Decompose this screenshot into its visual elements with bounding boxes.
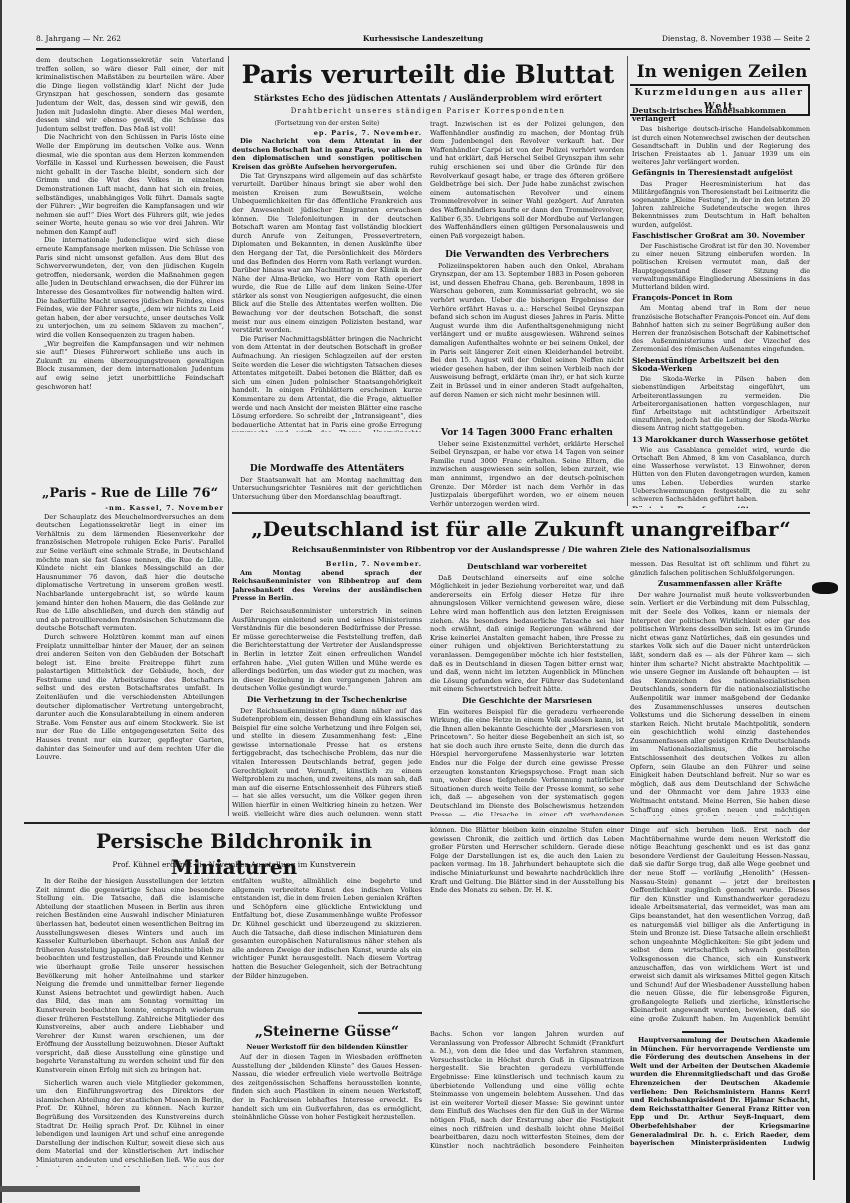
page-edge-right xyxy=(846,0,850,1203)
stone-column-1: Auf der in diesen Tagen in Wiesbaden erö… xyxy=(232,1053,422,1173)
paragraph: Auf der in diesen Tagen in Wiesbaden erö… xyxy=(232,1053,422,1122)
running-head: 8. Jahrgang — Nr. 262 Kurhessische Lande… xyxy=(36,34,810,48)
section-heading: Die Verwandten des Verbrechers xyxy=(430,251,624,260)
brief-heading: Gefängnis in Theresienstadt aufgelöst xyxy=(632,169,810,177)
paragraph: tragt. Inzwischen ist es der Polizei gel… xyxy=(430,120,624,240)
ribbentrop-headline: „Deutschland ist für alle Zukunft unangr… xyxy=(232,516,810,542)
briefs-column: Deutsch-irisches Handelsabkommen verläng… xyxy=(632,104,810,508)
paragraph: Hauptversammlung der Deutschen Akademie … xyxy=(630,1036,810,1148)
paragraph: entfalten wußte, allmählich eine begehrt… xyxy=(232,877,422,980)
paragraph: Die Pariser Nachmittagsblätter bringen d… xyxy=(232,335,422,432)
column-rule xyxy=(228,56,229,816)
ribbentrop-column-3: messen. Das Resultat ist oft schlimm und… xyxy=(630,560,810,816)
relatives-section: Die Verwandten des Verbrechers Polizeiin… xyxy=(430,248,624,418)
paragraph: Daß Deutschland einerseits auf eine solc… xyxy=(430,574,624,694)
persian-subhead: Prof. Kühnel eröffnet die November-Ausst… xyxy=(36,860,432,869)
section-heading: Die Verhetzung in der Tschechenkrise xyxy=(232,696,422,705)
ink-blot xyxy=(812,582,838,594)
paragraph: Dinge auf sich beruhen ließ. Erst nach d… xyxy=(630,826,810,1022)
persian-column-3: können. Die Blätter bleiben kein einzeln… xyxy=(430,826,624,1008)
lead-column-1: (Fortsetzung von der ersten Seite) ep. P… xyxy=(232,120,422,432)
paragraph: Der Reichsaußenminister ging dann näher … xyxy=(232,707,422,817)
column-rule xyxy=(813,880,815,1180)
section-heading: Deutschland war vorbereitet xyxy=(430,563,624,572)
section-heading: Vor 14 Tagen 3000 Franc erhalten xyxy=(430,429,624,438)
dateline: -nm. Kassel, 7. November xyxy=(36,504,224,513)
brief-text: Das bisherige deutsch-irische Handelsabk… xyxy=(632,125,810,166)
stone-column-3: Dinge auf sich beruhen ließ. Erst nach d… xyxy=(630,826,810,1022)
brief-text: Wie aus Casablanca gemeldet wird, wurde … xyxy=(632,446,810,503)
left-column-article: dem deutschen Legationssekretär sein Vat… xyxy=(36,56,224,512)
section-divider xyxy=(24,822,810,824)
paragraph: Der Reichsaußenminister unterstrich in s… xyxy=(232,607,422,693)
ribbentrop-column-1: Berlin, 7. November. Am Montag abend spr… xyxy=(232,560,422,816)
paragraph: „Wir begreifen die Kampfansagen und wir … xyxy=(36,340,224,392)
rue-de-lille-article: -nm. Kassel, 7. November Der Schauplatz … xyxy=(36,504,224,822)
lead-headline: Paris verurteilt die Bluttat xyxy=(232,60,624,90)
paragraph: Ueber seine Existenzmittel verhört, erkl… xyxy=(430,440,624,509)
paragraph: Polizeiinspektoren haben auch den Onkel,… xyxy=(430,262,624,400)
date-page: Dienstag, 8. November 1938 — Seite 2 xyxy=(662,34,810,43)
paragraph: dem deutschen Legationssekretär sein Vat… xyxy=(36,56,224,133)
brief-text: Das Prager Heeresministerium hat das Mil… xyxy=(632,180,810,229)
brief-heading: Faschistischer Großrat am 30. November xyxy=(632,232,810,240)
paragraph: In der Reihe der hiesigen Ausstellungen … xyxy=(36,877,224,1075)
brief-heading: François-Poncet in Rom xyxy=(632,294,810,302)
brief-text: Am Montag abend traf in Rom der neue fra… xyxy=(632,304,810,353)
francs-section: Vor 14 Tagen 3000 Franc erhalten Ueber s… xyxy=(430,426,624,510)
paragraph: Durch schwere Holztüren kommt man auf ei… xyxy=(36,633,224,762)
section-divider xyxy=(682,1031,724,1033)
ribbentrop-column-2: Deutschland war vorbereitet Daß Deutschl… xyxy=(430,560,624,816)
academy-notice: Hauptversammlung der Deutschen Akademie … xyxy=(630,1036,810,1148)
persian-column-1: In der Reihe der hiesigen Ausstellungen … xyxy=(36,877,224,1167)
lead-paragraph: Am Montag abend sprach der Reichsaußenmi… xyxy=(232,569,422,603)
header-rule xyxy=(36,48,810,50)
weapon-section: Die Mordwaffe des Attentäters Der Staats… xyxy=(232,462,422,506)
stone-headline: „Steinerne Güsse“ xyxy=(232,1024,422,1040)
lead-column-2: tragt. Inzwischen ist es der Polizei gel… xyxy=(430,120,624,248)
page-edge-left xyxy=(0,0,2,1203)
brief-heading: Deutsch-irisches Handelsabkommen verläng… xyxy=(632,107,810,123)
section-heading: Die Geschichte der Marsriesen xyxy=(430,697,624,706)
briefs-title: In wenigen Zeilen xyxy=(632,62,812,82)
paragraph: können. Die Blätter bleiben kein einzeln… xyxy=(430,826,624,895)
lead-subhead: Stärkstes Echo des jüdischen Attentats /… xyxy=(232,94,624,104)
section-heading: Zusammenfassen aller Kräfte xyxy=(630,580,810,589)
paragraph: Die Nachricht von den Schüssen in Paris … xyxy=(36,133,224,236)
brief-heading: Dänischer Dampfer vermißt xyxy=(632,506,810,508)
paragraph: Sicherlich waren auch viele Mitglieder g… xyxy=(36,1079,224,1167)
stone-column-2: Bachs. Schon vor langen Jahren wurden au… xyxy=(430,1030,624,1148)
ink-blot xyxy=(0,1186,140,1192)
brief-heading: Siebenstündige Arbeitszeit bei den Skoda… xyxy=(632,357,810,373)
persian-column-2: entfalten wußte, allmählich eine begehrt… xyxy=(232,877,422,1003)
continuation-note: (Fortsetzung von der ersten Seite) xyxy=(232,120,422,129)
ribbentrop-subhead: Reichsaußenminister von Ribbentrop vor d… xyxy=(232,545,810,554)
paragraph: messen. Das Resultat ist oft schlimm und… xyxy=(630,560,810,577)
paragraph: Der Schauplatz des Meuchelmordversuches … xyxy=(36,513,224,633)
column-rule xyxy=(627,56,628,506)
persian-headline: Persische Bildchronik in Miniaturen xyxy=(36,828,432,880)
lead-kicker: Drahtbericht unseres ständigen Pariser K… xyxy=(232,107,624,115)
paragraph: Die internationale Judenclique wird sich… xyxy=(36,236,224,339)
paragraph: Der wahre Journalist muß heute volksverb… xyxy=(630,591,810,816)
section-divider xyxy=(358,1012,422,1014)
paragraph: Der Staatsanwalt hat am Montag nachmitta… xyxy=(232,476,422,502)
paragraph: Bachs. Schon vor langen Jahren wurden au… xyxy=(430,1030,624,1148)
paragraph: Die Nachricht von dem Attentat in der de… xyxy=(232,137,422,171)
rue-de-lille-headline: „Paris - Rue de Lille 76“ xyxy=(36,486,224,501)
dateline: ep. Paris, 7. November. xyxy=(232,129,422,138)
paragraph: Ein weiteres Beispiel für die geradezu v… xyxy=(430,708,624,817)
stone-subhead: Neuer Werkstoff für den bildenden Künstl… xyxy=(232,1043,422,1051)
paragraph: Die Tat Grynszpans wird allgemein auf da… xyxy=(232,172,422,335)
section-heading: Die Mordwaffe des Attentäters xyxy=(232,465,422,474)
section-divider xyxy=(232,512,810,514)
brief-text: Die Skoda-Werke in Pilsen haben den sieb… xyxy=(632,375,810,432)
brief-text: Der Faschistische Großrat ist für den 30… xyxy=(632,242,810,291)
dateline: Berlin, 7. November. xyxy=(232,560,422,569)
brief-heading: 13 Marokkaner durch Wasserhose getötet xyxy=(632,436,810,444)
